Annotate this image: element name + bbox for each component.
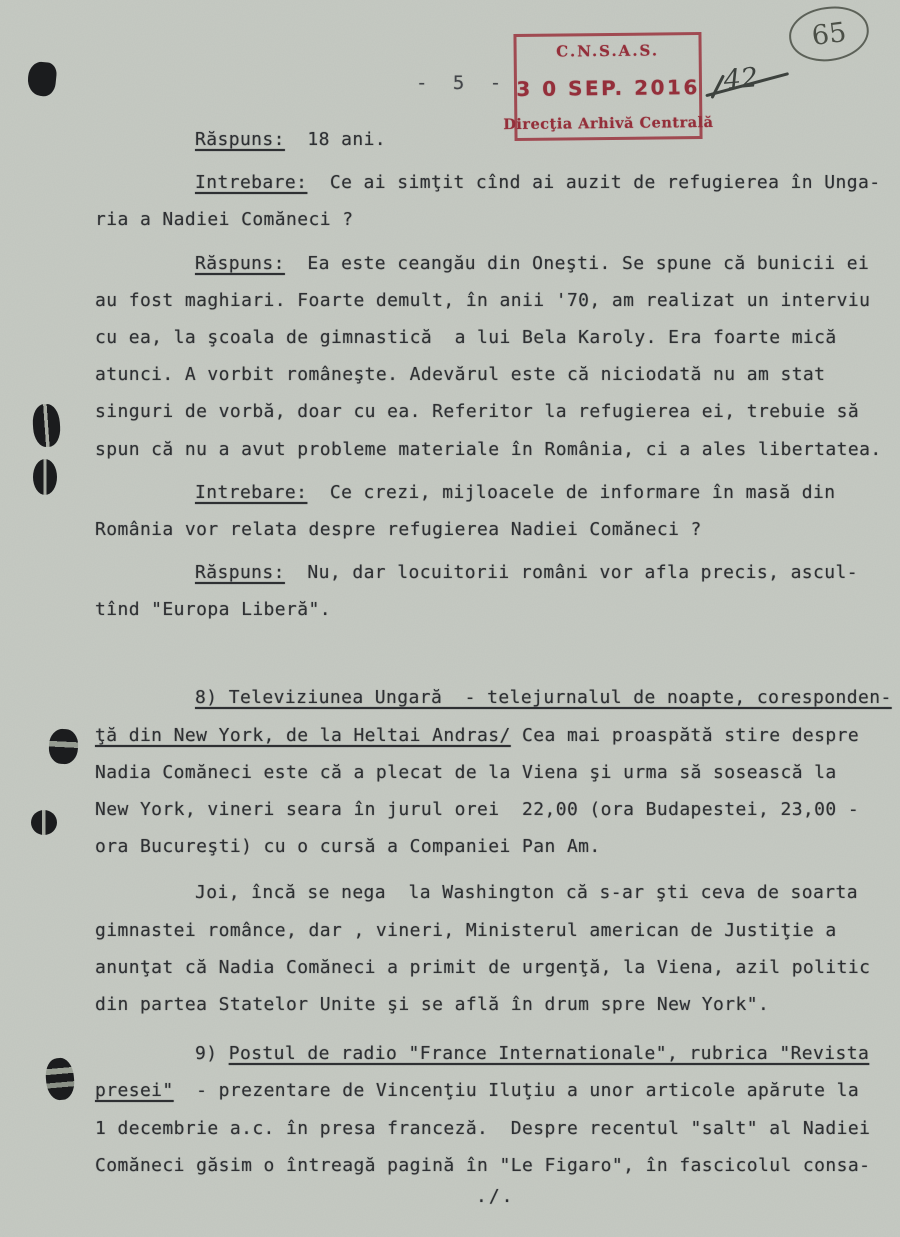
text-line: gimnastei românce, dar , vineri, Ministe…	[95, 912, 900, 949]
text-line: România vor relata despre refugierea Nad…	[95, 511, 900, 548]
punch-hole-mark	[26, 61, 57, 98]
punch-hole-mark	[48, 728, 79, 764]
text-line: Joi, încă se nega la Washington că s-ar …	[95, 874, 900, 911]
text-line: ria a Nadiei Comăneci ?	[95, 201, 900, 238]
text-line: New York, vineri seara în jurul orei 22,…	[95, 791, 900, 828]
circled-number-value: 65	[810, 17, 848, 52]
paragraph: Intrebare: Ce crezi, mijloacele de infor…	[95, 474, 900, 548]
text-line: Răspuns: 18 ani.	[95, 121, 900, 158]
punch-hole-mark	[32, 403, 62, 448]
text-line: 8) Televiziunea Ungară - telejurnalul de…	[95, 679, 900, 716]
text-line: Intrebare: Ce ai simţit cînd ai auzit de…	[95, 164, 900, 201]
text-line: Comăneci găsim o întreagă pagină în "Le …	[95, 1147, 900, 1184]
text-line: singuri de vorbă, doar cu ea. Referitor …	[95, 393, 900, 430]
text-line: tînd "Europa Liberă".	[95, 591, 900, 628]
text-line: cu ea, la şcoala de gimnastică a lui Bel…	[95, 319, 900, 356]
punch-hole-mark	[44, 1057, 76, 1101]
stamp-date: 3 0 SEP. 2016	[516, 75, 700, 101]
text-line: din partea Statelor Unite şi se află în …	[95, 986, 900, 1023]
crossed-number-value: 42	[722, 62, 759, 96]
handwritten-crossed-number: 42	[712, 58, 786, 108]
paragraph: Intrebare: Ce ai simţit cînd ai auzit de…	[95, 164, 900, 238]
page-number: - 5 -	[416, 72, 508, 94]
paragraph: Joi, încă se nega la Washington că s-ar …	[95, 874, 900, 1023]
punch-hole-mark	[33, 459, 57, 495]
text-line: ţă din New York, de la Heltai Andras/ Ce…	[95, 717, 900, 754]
text-line: 1 decembrie a.c. în presa franceză. Desp…	[95, 1110, 900, 1147]
strike-mark	[710, 74, 724, 99]
text-line: anunţat că Nadia Comăneci a primit de ur…	[95, 949, 900, 986]
paragraph: Răspuns: Ea este ceangău din Oneşti. Se …	[95, 245, 900, 468]
text-line: ora Bucureşti) cu o cursă a Companiei Pa…	[95, 828, 900, 865]
text-line: Nadia Comăneci este că a plecat de la Vi…	[95, 754, 900, 791]
document-body: Răspuns: 18 ani.Intrebare: Ce ai simţit …	[95, 121, 900, 1184]
paragraph: Răspuns: Nu, dar locuitorii români vor a…	[95, 554, 900, 628]
text-line: au fost maghiari. Foarte demult, în anii…	[95, 282, 900, 319]
text-line: Intrebare: Ce crezi, mijloacele de infor…	[95, 474, 900, 511]
text-line: Răspuns: Ea este ceangău din Oneşti. Se …	[95, 245, 900, 282]
text-line: 9) Postul de radio "France International…	[95, 1035, 900, 1072]
stamp-organization: C.N.S.A.S.	[556, 41, 659, 60]
punch-hole-mark	[31, 810, 57, 835]
text-line: spun că nu a avut probleme materiale în …	[95, 431, 900, 468]
text-line: Răspuns: Nu, dar locuitorii români vor a…	[95, 554, 900, 591]
handwritten-circled-number: 65	[786, 2, 872, 65]
text-line: presei" - prezentare de Vincenţiu Iluţiu…	[95, 1072, 900, 1109]
continuation-mark: ./.	[476, 1186, 515, 1207]
text-line: atunci. A vorbit româneşte. Adevărul est…	[95, 356, 900, 393]
paragraph: 9) Postul de radio "France International…	[95, 1035, 900, 1184]
scanned-document-page: - 5 - C.N.S.A.S. 3 0 SEP. 2016 Direcţia …	[0, 0, 900, 1237]
paragraph: Răspuns: 18 ani.	[95, 121, 900, 158]
paragraph: 8) Televiziunea Ungară - telejurnalul de…	[95, 679, 900, 865]
